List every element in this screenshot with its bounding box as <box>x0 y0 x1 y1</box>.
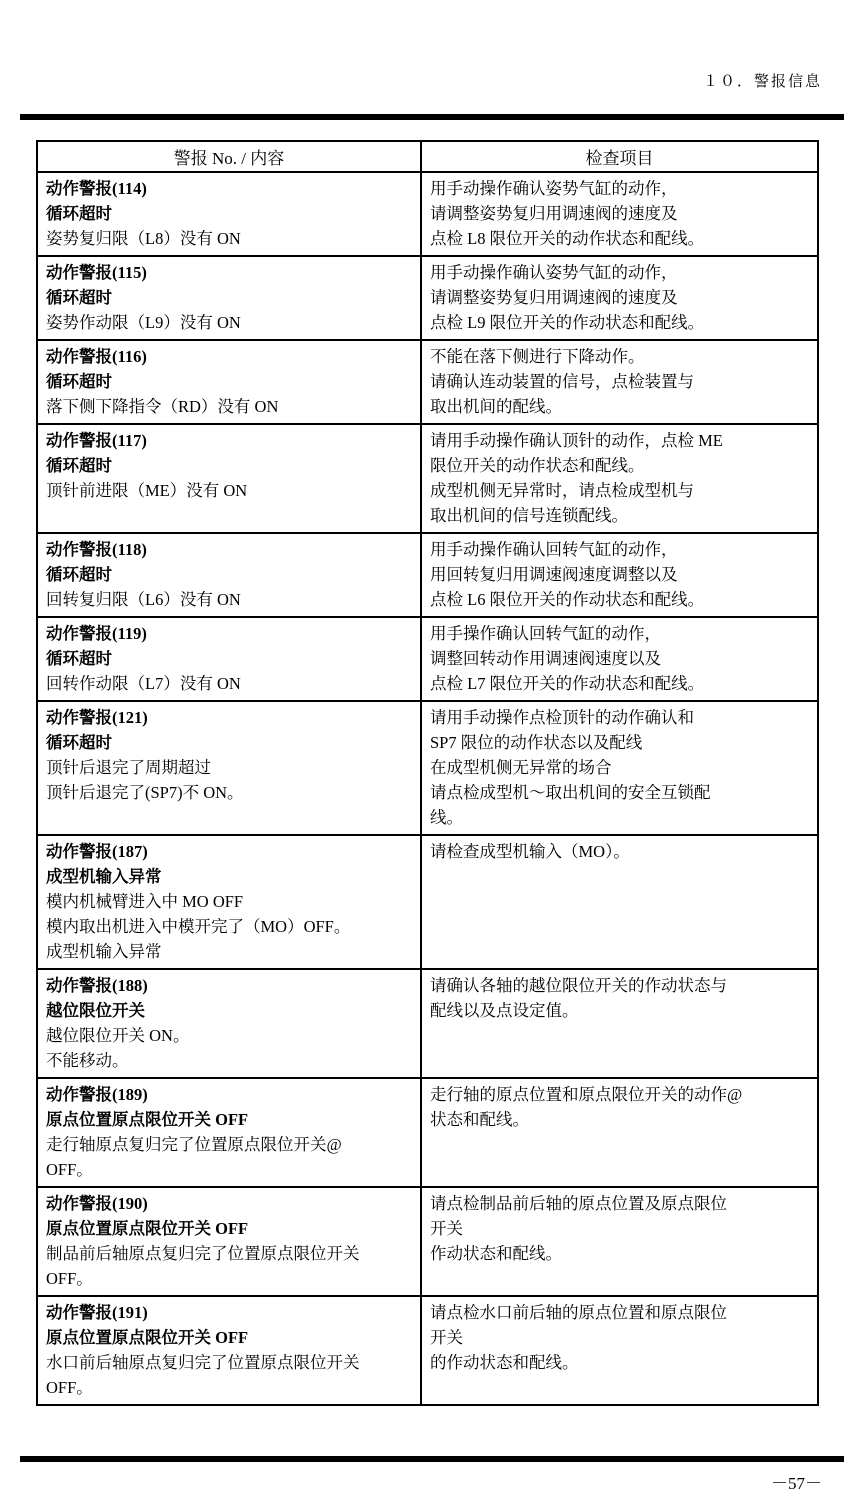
check-item-cell: 用手操作确认回转气缸的动作，调整回转动作用调速阀速度以及点检 L7 限位开关的作… <box>421 617 818 701</box>
alarm-content-cell: 动作警报(188)越位限位开关越位限位开关 ON。不能移动。 <box>37 969 421 1078</box>
alarm-detail-line: 姿势作动限（L9）没有 ON <box>46 310 412 335</box>
alarm-detail-line: OFF。 <box>46 1375 412 1400</box>
alarm-content-cell: 动作警报(121)循环超时顶针后退完了周期超过顶针后退完了(SP7)不 ON。 <box>37 701 421 835</box>
alarm-title-line: 动作警报(114) <box>46 176 412 201</box>
alarm-content-cell: 动作警报(117)循环超时顶针前进限（ME）没有 ON <box>37 424 421 533</box>
check-line: 的作动状态和配线。 <box>430 1350 809 1375</box>
document-page: １０．警报信息 警报 No. / 内容 检查项目 动作警报(114)循环超时姿势… <box>0 0 862 1501</box>
check-item-cell: 请用手动操作确认顶针的动作，点检 ME限位开关的动作状态和配线。成型机侧无异常时… <box>421 424 818 533</box>
check-line: 点检 L9 限位开关的作动状态和配线。 <box>430 310 809 335</box>
check-line: 限位开关的动作状态和配线。 <box>430 453 809 478</box>
check-line: 请用手动操作确认顶针的动作，点检 ME <box>430 428 809 453</box>
alarm-content-cell: 动作警报(116)循环超时落下侧下降指令（RD）没有 ON <box>37 340 421 424</box>
alarm-title-line: 动作警报(119) <box>46 621 412 646</box>
alarm-title-line: 动作警报(187) <box>46 839 412 864</box>
table-header-row: 警报 No. / 内容 检查项目 <box>37 141 818 172</box>
table-row: 动作警报(114)循环超时姿势复归限（L8）没有 ON用手动操作确认姿势气缸的动… <box>37 172 818 256</box>
alarm-title-line: 循环超时 <box>46 562 412 587</box>
alarm-detail-line: 顶针后退完了周期超过 <box>46 755 412 780</box>
alarm-title-line: 动作警报(188) <box>46 973 412 998</box>
check-item-cell: 用手动操作确认姿势气缸的动作，请调整姿势复归用调速阀的速度及点检 L9 限位开关… <box>421 256 818 340</box>
check-line: 请确认各轴的越位限位开关的作动状态与 <box>430 973 809 998</box>
check-line: 用手动操作确认姿势气缸的动作， <box>430 176 809 201</box>
check-item-cell: 请用手动操作点检顶针的动作确认和SP7 限位的动作状态以及配线在成型机侧无异常的… <box>421 701 818 835</box>
alarm-detail-line: 成型机输入异常 <box>46 939 412 964</box>
check-line: 点检 L8 限位开关的动作状态和配线。 <box>430 226 809 251</box>
alarm-title-line: 原点位置原点限位开关 OFF <box>46 1216 412 1241</box>
alarm-title-line: 循环超时 <box>46 201 412 226</box>
alarm-content-cell: 动作警报(189)原点位置原点限位开关 OFF走行轴原点复归完了位置原点限位开关… <box>37 1078 421 1187</box>
alarm-content-cell: 动作警报(119)循环超时回转作动限（L7）没有 ON <box>37 617 421 701</box>
check-line: 作动状态和配线。 <box>430 1241 809 1266</box>
check-line: 请用手动操作点检顶针的动作确认和 <box>430 705 809 730</box>
alarm-title-line: 动作警报(121) <box>46 705 412 730</box>
check-line: 在成型机侧无异常的场合 <box>430 755 809 780</box>
alarm-title-line: 越位限位开关 <box>46 998 412 1023</box>
check-line: 请点检制品前后轴的原点位置及原点限位 <box>430 1191 809 1216</box>
alarm-detail-line: 模内机械臂进入中 MO OFF <box>46 889 412 914</box>
alarm-detail-line: 不能移动。 <box>46 1048 412 1073</box>
table-row: 动作警报(119)循环超时回转作动限（L7）没有 ON用手操作确认回转气缸的动作… <box>37 617 818 701</box>
column-header-alarm: 警报 No. / 内容 <box>37 141 421 172</box>
alarm-title-line: 动作警报(115) <box>46 260 412 285</box>
alarm-title-line: 循环超时 <box>46 453 412 478</box>
check-line: 点检 L7 限位开关的作动状态和配线。 <box>430 671 809 696</box>
alarm-detail-line: 水口前后轴原点复归完了位置原点限位开关 <box>46 1350 412 1375</box>
alarm-title-line: 动作警报(189) <box>46 1082 412 1107</box>
check-line: 请调整姿势复归用调速阀的速度及 <box>430 285 809 310</box>
alarm-title-line: 动作警报(118) <box>46 537 412 562</box>
alarm-title-line: 循环超时 <box>46 369 412 394</box>
alarm-title-line: 动作警报(190) <box>46 1191 412 1216</box>
table-row: 动作警报(189)原点位置原点限位开关 OFF走行轴原点复归完了位置原点限位开关… <box>37 1078 818 1187</box>
table-row: 动作警报(187)成型机输入异常模内机械臂进入中 MO OFF模内取出机进入中模… <box>37 835 818 969</box>
alarm-table-body: 动作警报(114)循环超时姿势复归限（L8）没有 ON用手动操作确认姿势气缸的动… <box>37 172 818 1405</box>
alarm-title-line: 循环超时 <box>46 646 412 671</box>
check-item-cell: 用手动操作确认姿势气缸的动作，请调整姿势复归用调速阀的速度及点检 L8 限位开关… <box>421 172 818 256</box>
table-row: 动作警报(188)越位限位开关越位限位开关 ON。不能移动。请确认各轴的越位限位… <box>37 969 818 1078</box>
check-line: 线。 <box>430 805 809 830</box>
alarm-detail-line: 顶针前进限（ME）没有 ON <box>46 478 412 503</box>
check-line: 点检 L6 限位开关的作动状态和配线。 <box>430 587 809 612</box>
alarm-title-line: 原点位置原点限位开关 OFF <box>46 1325 412 1350</box>
check-line: 请确认连动装置的信号，点检装置与 <box>430 369 809 394</box>
alarm-content-cell: 动作警报(191)原点位置原点限位开关 OFF水口前后轴原点复归完了位置原点限位… <box>37 1296 421 1405</box>
table-row: 动作警报(118)循环超时回转复归限（L6）没有 ON用手动操作确认回转气缸的动… <box>37 533 818 617</box>
check-line: 走行轴的原点位置和原点限位开关的动作@ <box>430 1082 809 1107</box>
table-row: 动作警报(116)循环超时落下侧下降指令（RD）没有 ON不能在落下侧进行下降动… <box>37 340 818 424</box>
alarm-detail-line: 制品前后轴原点复归完了位置原点限位开关 <box>46 1241 412 1266</box>
check-line: 用手操作确认回转气缸的动作， <box>430 621 809 646</box>
table-row: 动作警报(190)原点位置原点限位开关 OFF制品前后轴原点复归完了位置原点限位… <box>37 1187 818 1296</box>
check-line: 用手动操作确认回转气缸的动作， <box>430 537 809 562</box>
check-line: 用手动操作确认姿势气缸的动作， <box>430 260 809 285</box>
alarm-content-cell: 动作警报(115)循环超时姿势作动限（L9）没有 ON <box>37 256 421 340</box>
check-line: 调整回转动作用调速阀速度以及 <box>430 646 809 671</box>
alarm-title-line: 循环超时 <box>46 730 412 755</box>
column-header-check: 检查项目 <box>421 141 818 172</box>
check-item-cell: 请点检水口前后轴的原点位置和原点限位开关的作动状态和配线。 <box>421 1296 818 1405</box>
check-line: 请点检水口前后轴的原点位置和原点限位 <box>430 1300 809 1325</box>
alarm-title-line: 动作警报(191) <box>46 1300 412 1325</box>
check-item-cell: 请确认各轴的越位限位开关的作动状态与配线以及点设定值。 <box>421 969 818 1078</box>
check-line: 请调整姿势复归用调速阀的速度及 <box>430 201 809 226</box>
check-item-cell: 用手动操作确认回转气缸的动作，用回转复归用调速阀速度调整以及点检 L6 限位开关… <box>421 533 818 617</box>
check-line: 用回转复归用调速阀速度调整以及 <box>430 562 809 587</box>
check-line: SP7 限位的动作状态以及配线 <box>430 730 809 755</box>
check-line: 请点检成型机～取出机间的安全互锁配 <box>430 780 809 805</box>
check-line: 取出机间的配线。 <box>430 394 809 419</box>
table-row: 动作警报(121)循环超时顶针后退完了周期超过顶针后退完了(SP7)不 ON。请… <box>37 701 818 835</box>
check-line: 取出机间的信号连锁配线。 <box>430 503 809 528</box>
page-number: －57－ <box>771 1469 822 1494</box>
check-line: 开关 <box>430 1216 809 1241</box>
alarm-content-cell: 动作警报(187)成型机输入异常模内机械臂进入中 MO OFF模内取出机进入中模… <box>37 835 421 969</box>
check-item-cell: 走行轴的原点位置和原点限位开关的动作@状态和配线。 <box>421 1078 818 1187</box>
footer-rule <box>20 1456 844 1462</box>
alarm-content-cell: 动作警报(118)循环超时回转复归限（L6）没有 ON <box>37 533 421 617</box>
check-item-cell: 不能在落下侧进行下降动作。请确认连动装置的信号，点检装置与取出机间的配线。 <box>421 340 818 424</box>
alarm-detail-line: 回转复归限（L6）没有 ON <box>46 587 412 612</box>
alarm-title-line: 动作警报(116) <box>46 344 412 369</box>
check-item-cell: 请检查成型机输入（MO）。 <box>421 835 818 969</box>
alarm-detail-line: 落下侧下降指令（RD）没有 ON <box>46 394 412 419</box>
alarm-title-line: 成型机输入异常 <box>46 864 412 889</box>
alarm-detail-line: OFF。 <box>46 1266 412 1291</box>
alarm-detail-line: 模内取出机进入中模开完了（MO）OFF。 <box>46 914 412 939</box>
check-line: 成型机侧无异常时，请点检成型机与 <box>430 478 809 503</box>
header-rule <box>20 114 844 120</box>
check-line: 不能在落下侧进行下降动作。 <box>430 344 809 369</box>
table-row: 动作警报(117)循环超时顶针前进限（ME）没有 ON请用手动操作确认顶针的动作… <box>37 424 818 533</box>
check-line: 请检查成型机输入（MO）。 <box>430 839 809 864</box>
alarm-title-line: 动作警报(117) <box>46 428 412 453</box>
chapter-header: １０．警报信息 <box>703 70 822 91</box>
alarm-detail-line: 姿势复归限（L8）没有 ON <box>46 226 412 251</box>
alarm-table: 警报 No. / 内容 检查项目 动作警报(114)循环超时姿势复归限（L8）没… <box>36 140 819 1406</box>
check-item-cell: 请点检制品前后轴的原点位置及原点限位开关作动状态和配线。 <box>421 1187 818 1296</box>
alarm-detail-line: 走行轴原点复归完了位置原点限位开关@ <box>46 1132 412 1157</box>
alarm-content-cell: 动作警报(190)原点位置原点限位开关 OFF制品前后轴原点复归完了位置原点限位… <box>37 1187 421 1296</box>
alarm-detail-line: 越位限位开关 ON。 <box>46 1023 412 1048</box>
alarm-content-cell: 动作警报(114)循环超时姿势复归限（L8）没有 ON <box>37 172 421 256</box>
alarm-detail-line: 回转作动限（L7）没有 ON <box>46 671 412 696</box>
alarm-detail-line: 顶针后退完了(SP7)不 ON。 <box>46 780 412 805</box>
check-line: 状态和配线。 <box>430 1107 809 1132</box>
alarm-title-line: 循环超时 <box>46 285 412 310</box>
alarm-title-line: 原点位置原点限位开关 OFF <box>46 1107 412 1132</box>
table-row: 动作警报(191)原点位置原点限位开关 OFF水口前后轴原点复归完了位置原点限位… <box>37 1296 818 1405</box>
check-line: 配线以及点设定值。 <box>430 998 809 1023</box>
table-row: 动作警报(115)循环超时姿势作动限（L9）没有 ON用手动操作确认姿势气缸的动… <box>37 256 818 340</box>
alarm-detail-line: OFF。 <box>46 1157 412 1182</box>
check-line: 开关 <box>430 1325 809 1350</box>
